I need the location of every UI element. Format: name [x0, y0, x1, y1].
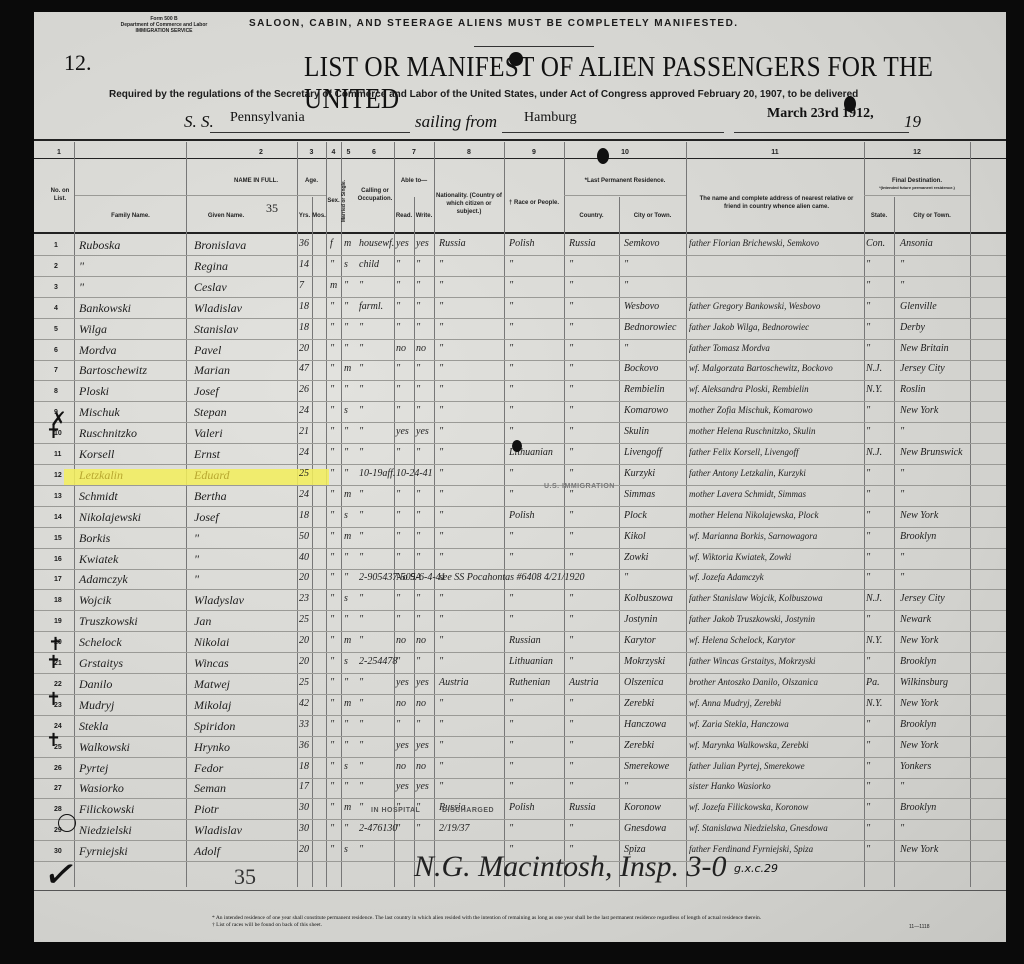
cell-no: 13 [54, 493, 62, 500]
cell-sex: f [330, 238, 333, 249]
cell-read: " [396, 447, 400, 458]
header-able-to: Able to— [394, 177, 434, 185]
given-name-count-note: 35 [266, 204, 278, 212]
cell-city: " [624, 259, 628, 270]
cell-race: Polish [509, 238, 535, 249]
cell-dest: " [900, 823, 904, 834]
cell-country: " [569, 552, 573, 563]
cell-nationality: see SS Pocahontas #6408 4/21/1920 [439, 572, 585, 583]
cell-no: 24 [54, 723, 62, 730]
cell-given: Nikolai [194, 635, 229, 650]
cell-occupation: 2-476130 [359, 823, 397, 834]
cell-given: " [194, 531, 199, 546]
cell-state: " [866, 572, 870, 583]
cell-age: 50 [299, 531, 309, 542]
cell-country: " [569, 761, 573, 772]
cell-nationality: Austria [439, 677, 468, 688]
manifest-banner: SALOON, CABIN, AND STEERAGE ALIENS MUST … [249, 18, 739, 29]
row-rule [34, 255, 1006, 256]
total-count: 35 [234, 864, 256, 890]
form-code: 11—1118 [909, 924, 930, 930]
cell-city: Rembielin [624, 384, 665, 395]
cell-sex: " [330, 322, 334, 333]
cell-dest: Ansonia [900, 238, 933, 249]
cell-sex: " [330, 343, 334, 354]
cell-occupation: " [359, 677, 363, 688]
cell-age: 18 [299, 761, 309, 772]
cell-dest: Jersey City [900, 363, 945, 374]
cell-city: Gnesdowa [624, 823, 666, 834]
header-subrule [75, 195, 326, 196]
cell-read: " [396, 259, 400, 270]
cell-state: " [866, 426, 870, 437]
cell-sex: " [330, 510, 334, 521]
row-rule [34, 610, 1006, 611]
cell-read: " [396, 531, 400, 542]
table-row: 8PloskiJosef26""""""""Rembielinwf. Aleks… [34, 383, 1006, 400]
cell-country: " [569, 426, 573, 437]
header-months: Mos. [312, 212, 326, 220]
cell-married: " [344, 280, 348, 291]
cell-no: 14 [54, 514, 62, 521]
required-text: Required by the regulations of the Secre… [109, 89, 858, 100]
cell-city: Zerebki [624, 740, 654, 751]
cell-dest: Yonkers [900, 761, 931, 772]
cell-given: Fedor [194, 761, 223, 776]
cell-age: 17 [299, 781, 309, 792]
cell-relative: wf. Jozefa Adamczyk [689, 572, 764, 582]
row-rule [34, 840, 1006, 841]
cell-given: " [194, 552, 199, 567]
cell-given: Ernst [194, 447, 220, 462]
cell-age: 20 [299, 572, 309, 583]
cell-country: " [569, 280, 573, 291]
cell-state: " [866, 552, 870, 563]
cell-relative: mother Zofia Mischuk, Komarowo [689, 405, 813, 415]
cell-sex: " [330, 363, 334, 374]
cell-family: " [79, 280, 84, 295]
header-race: † Race or People. [506, 199, 562, 207]
cell-state: N.J. [866, 593, 882, 604]
table-row: 1RuboskaBronislava36fmhousewf.yesyesRuss… [34, 237, 1006, 254]
cell-occupation: " [359, 740, 363, 751]
column-number: 4 [326, 149, 341, 156]
cell-country: Russia [569, 802, 596, 813]
cell-read: " [396, 405, 400, 416]
cell-dest: Jersey City [900, 593, 945, 604]
cell-write: " [416, 552, 420, 563]
cell-occupation: " [359, 343, 363, 354]
cell-dest: Brooklyn [900, 802, 936, 813]
column-number: 7 [394, 149, 434, 156]
cell-race: " [509, 363, 513, 374]
cell-race: " [509, 781, 513, 792]
cell-city: Skulin [624, 426, 649, 437]
inspector-signature: N.G. Macintosh, Insp. 3-0 [414, 850, 726, 884]
cell-age: 26 [299, 384, 309, 395]
cell-nationality: 2/19/37 [439, 823, 470, 834]
cell-age: 23 [299, 593, 309, 604]
cell-dest: " [900, 468, 904, 479]
cell-family: Kwiatek [79, 552, 118, 567]
cell-family: Filickowski [79, 802, 134, 817]
cell-relative: father Jakob Truszkowski, Jostynin [689, 614, 815, 624]
table-row: 6MordvaPavel20"""nono""""father Tomasz M… [34, 342, 1006, 359]
row-rule [34, 506, 1006, 507]
cell-family: Ruschnitzko [79, 426, 137, 441]
cell-city: Mokrzyski [624, 656, 665, 667]
banner-rule [474, 46, 594, 47]
cell-write: " [416, 405, 420, 416]
cell-race: " [509, 740, 513, 751]
cell-family: Schelock [79, 635, 122, 650]
cell-sex: " [330, 468, 334, 479]
cell-occupation: " [359, 426, 363, 437]
cell-country: " [569, 635, 573, 646]
cell-dest: " [900, 426, 904, 437]
cell-read: " [396, 593, 400, 604]
cell-given: Josef [194, 510, 219, 525]
cell-married: m [344, 698, 351, 709]
cell-state: N.Y. [866, 635, 882, 646]
cell-family: Schmidt [79, 489, 118, 504]
cell-sex: " [330, 301, 334, 312]
cell-dest: Brooklyn [900, 531, 936, 542]
cell-sex: " [330, 781, 334, 792]
cell-occupation: 2-254478 [359, 656, 397, 667]
cell-city: Hanczowa [624, 719, 666, 730]
departure-port: Hamburg [524, 110, 577, 126]
cell-no: 7 [54, 367, 58, 374]
cell-occupation: " [359, 761, 363, 772]
cell-city: Plock [624, 510, 647, 521]
cell-city: Bockovo [624, 363, 658, 374]
cell-sex: " [330, 823, 334, 834]
cell-city: " [624, 343, 628, 354]
cell-given: Eduard [194, 468, 230, 483]
header-nationality: Nationality. (Country of which citizen o… [436, 192, 502, 216]
cell-relative: wf. Malgorzata Bartoschewitz, Bockovo [689, 363, 833, 373]
cell-given: Mikolaj [194, 698, 231, 713]
cell-sex: " [330, 761, 334, 772]
cell-occupation: " [359, 719, 363, 730]
ink-blot [512, 440, 522, 452]
cell-relative: father Felix Korsell, Livengoff [689, 447, 799, 457]
cell-city: Wesbovo [624, 301, 659, 312]
row-rule [34, 360, 1006, 361]
row-rule [34, 589, 1006, 590]
cell-country: " [569, 322, 573, 333]
cell-nationality: " [439, 614, 443, 625]
row-rule [34, 631, 1006, 632]
cell-relative: wf. Stanislawa Niedzielska, Gnesdowa [689, 823, 828, 833]
header-final-note: *(Intended future permanent residence.) [864, 185, 970, 190]
cell-relative: wf. Jozefa Filickowska, Koronow [689, 802, 808, 812]
cell-race: " [509, 259, 513, 270]
cell-given: Bertha [194, 489, 227, 504]
signature-code: g.x.c.29 [734, 862, 778, 875]
cell-write: yes [416, 238, 429, 249]
cell-write: no [416, 343, 426, 354]
cell-race: " [509, 823, 513, 834]
cell-married: " [344, 468, 348, 479]
cell-state: " [866, 719, 870, 730]
cell-no: 5 [54, 326, 58, 333]
table-row: 13SchmidtBertha24"m""""""Simmasmother La… [34, 488, 1006, 505]
cell-family: Walkowski [79, 740, 130, 755]
table-row: 16Kwiatek"40""""""""Zowkiwf. Wiktoria Kw… [34, 551, 1006, 568]
cell-married: " [344, 322, 348, 333]
cell-dest: Brooklyn [900, 656, 936, 667]
cell-family: Ploski [79, 384, 109, 399]
header-final-destination: Final Destination. [864, 177, 970, 185]
cell-city: " [624, 781, 628, 792]
table-row: 3"Ceslav7m"""""""""" [34, 279, 1006, 296]
cell-write: " [416, 719, 420, 730]
header-state: State. [864, 212, 894, 220]
cell-write: " [416, 301, 420, 312]
cell-no: 8 [54, 388, 58, 395]
footer-notes: * An intended residence of one year shal… [212, 915, 761, 929]
table-row: 18WojcikWladyslav23"s""""""Kolbuszowafat… [34, 592, 1006, 609]
cell-married: m [344, 489, 351, 500]
cell-country: " [569, 823, 573, 834]
row-rule [34, 380, 1006, 381]
cell-write: " [416, 656, 420, 667]
cell-nationality: " [439, 635, 443, 646]
cell-country: Russia [569, 238, 596, 249]
cell-family: Pyrtej [79, 761, 108, 776]
table-row: 9MischukStepan24"s""""""Komarowomother Z… [34, 404, 1006, 421]
cell-occupation: " [359, 447, 363, 458]
cell-nationality: " [439, 510, 443, 521]
cell-race: " [509, 426, 513, 437]
cell-country: " [569, 656, 573, 667]
cell-age: 30 [299, 823, 309, 834]
header-country: Country. [564, 212, 619, 220]
cell-city: Komarowo [624, 405, 668, 416]
cell-sex: " [330, 552, 334, 563]
cell-city: Olszenica [624, 677, 663, 688]
cell-married: m [344, 635, 351, 646]
header-family-name: Family Name. [75, 212, 186, 220]
cross-mark-icon: ✝ [46, 652, 61, 673]
cell-married: s [344, 259, 348, 270]
cell-city: " [624, 280, 628, 291]
table-row: 25WalkowskiHrynko36"""yesyes"""Zerebkiwf… [34, 739, 1006, 756]
cell-given: Wladislav [194, 823, 242, 838]
cell-sex: " [330, 802, 334, 813]
cell-family: Niedzielski [79, 823, 132, 838]
cell-nationality: " [439, 301, 443, 312]
cell-dest: New York [900, 510, 938, 521]
cell-family: Wasiorko [79, 781, 124, 796]
cell-relative: wf. Marianna Borkis, Sarnowagora [689, 531, 817, 541]
header-nearest-relative: The name and complete address of nearest… [694, 195, 859, 211]
cell-family: Letzkalin [79, 468, 123, 483]
cell-state: " [866, 740, 870, 751]
cell-age: 20 [299, 656, 309, 667]
cell-nationality: " [439, 322, 443, 333]
cell-occupation: " [359, 510, 363, 521]
row-rule [34, 422, 1006, 423]
cell-city: Smerekowe [624, 761, 669, 772]
manifest-sheet: Form 500 B Department of Commerce and La… [34, 12, 1006, 942]
cell-relative: father Jakob Wilga, Bednorowiec [689, 322, 809, 332]
cell-country: " [569, 781, 573, 792]
table-row: 28FilickowskiPiotr30"m"""RussiaPolishRus… [34, 801, 1006, 818]
cell-state: N.J. [866, 363, 882, 374]
cell-dest: Roslin [900, 384, 926, 395]
cell-nationality: " [439, 468, 443, 479]
cell-dest: Brooklyn [900, 719, 936, 730]
cell-given: Piotr [194, 802, 219, 817]
cell-age: 36 [299, 238, 309, 249]
cell-family: Grstaitys [79, 656, 123, 671]
cell-relative: wf. Zaria Stekla, Hanczowa [689, 719, 789, 729]
cell-dest: New Britain [900, 343, 949, 354]
cell-write: " [416, 447, 420, 458]
cell-given: Wladyslav [194, 593, 244, 608]
cell-relative: father Tomasz Mordva [689, 343, 770, 353]
cell-occupation: " [359, 405, 363, 416]
table-row: 2"Regina14"schild"""""""" [34, 258, 1006, 275]
row-rule [34, 401, 1006, 402]
cell-read: " [396, 301, 400, 312]
cell-given: Wincas [194, 656, 229, 671]
cell-read: no [396, 761, 406, 772]
cell-country: " [569, 740, 573, 751]
cell-given: Ceslav [194, 280, 227, 295]
cell-city: Bednorowiec [624, 322, 676, 333]
row-rule [34, 548, 1006, 549]
cell-nationality: " [439, 656, 443, 667]
cell-race: " [509, 468, 513, 479]
row-rule [34, 318, 1006, 319]
cell-dest: Wilkinsburg [900, 677, 948, 688]
cell-married: " [344, 823, 348, 834]
cell-family: Wilga [79, 322, 107, 337]
cell-age: 24 [299, 447, 309, 458]
cell-no: 6 [54, 347, 58, 354]
sheet-number: 12. [64, 50, 92, 76]
cell-country: " [569, 343, 573, 354]
cell-country: " [569, 468, 573, 479]
footnote-races: † List of races will be found on back of… [212, 922, 761, 929]
cell-read: " [396, 614, 400, 625]
column-number: 1 [44, 149, 74, 156]
table-row: 27WasiorkoSeman17"""yesyes""""sister Han… [34, 780, 1006, 797]
cell-city: Simmas [624, 489, 655, 500]
column-number: 8 [434, 149, 504, 156]
footer-rule [34, 890, 1006, 891]
cell-family: Ruboska [79, 238, 120, 253]
cell-read: yes [396, 740, 409, 751]
cell-age: 30 [299, 802, 309, 813]
cell-sex: " [330, 740, 334, 751]
cell-nationality: " [439, 259, 443, 270]
cell-sex: " [330, 593, 334, 604]
row-rule [34, 819, 1006, 820]
cell-race: Russian [509, 635, 541, 646]
cell-read: " [396, 322, 400, 333]
cell-given: Stanislav [194, 322, 238, 337]
cell-sex: " [330, 635, 334, 646]
table-row: 23MudryjMikolaj42"m"nono"""Zerebkiwf. An… [34, 697, 1006, 714]
cell-race: " [509, 719, 513, 730]
cell-state: " [866, 468, 870, 479]
row-rule [34, 569, 1006, 570]
cell-married: m [344, 363, 351, 374]
cell-no: 26 [54, 765, 62, 772]
cell-married: s [344, 593, 348, 604]
cell-race: " [509, 552, 513, 563]
cell-occupation: " [359, 844, 363, 855]
row-rule [34, 715, 1006, 716]
row-rule [34, 798, 1006, 799]
cell-married: s [344, 405, 348, 416]
cell-write: no [416, 635, 426, 646]
cell-write: " [416, 259, 420, 270]
cell-race: Lithuanian [509, 656, 553, 667]
cross-mark-icon: ✝ [46, 422, 61, 443]
cell-dest: Glenville [900, 301, 937, 312]
cell-married: m [344, 802, 351, 813]
cell-age: 20 [299, 343, 309, 354]
cell-family: Mordva [79, 343, 117, 358]
cell-relative: father Wincas Grstaitys, Mokrzyski [689, 656, 816, 666]
cell-sex: " [330, 405, 334, 416]
cell-sex: " [330, 426, 334, 437]
cell-state: N.Y. [866, 384, 882, 395]
header-calling: Calling or Occupation. [356, 187, 394, 203]
cell-no: 18 [54, 597, 62, 604]
cell-age: 47 [299, 363, 309, 374]
cell-race: " [509, 698, 513, 709]
cell-no: 28 [54, 806, 62, 813]
header-write: Write. [414, 212, 434, 220]
cell-nationality: " [439, 593, 443, 604]
cell-relative: wf. Wiktoria Kwiatek, Zowki [689, 552, 791, 562]
cell-read: no [396, 343, 406, 354]
cell-married: " [344, 384, 348, 395]
cell-write: " [416, 531, 420, 542]
cell-age: 14 [299, 259, 309, 270]
table-row: 14NikolajewskiJosef18"s""""Polish"Plockm… [34, 509, 1006, 526]
cell-read: 10-24-41 [396, 468, 433, 479]
cell-relative: father Florian Brichewski, Semkovo [689, 238, 819, 248]
cell-race: Polish [509, 802, 535, 813]
cell-family: Fyrniejski [79, 844, 128, 859]
cell-relative: father Gregory Bankowski, Wesbovo [689, 301, 820, 311]
cell-city: Livengoff [624, 447, 662, 458]
cell-write: yes [416, 426, 429, 437]
cell-age: 24 [299, 489, 309, 500]
header-subrule [564, 195, 686, 196]
header-no-on-list: No. on List. [46, 187, 74, 203]
cell-given: Marian [194, 363, 230, 378]
cell-no: 22 [54, 681, 62, 688]
cell-sex: " [330, 531, 334, 542]
cell-dest: New Brunswick [900, 447, 963, 458]
header-city: City or Town. [619, 212, 686, 220]
table-row: 29NiedzielskiWladislav30""2-476130""2/19… [34, 822, 1006, 839]
cell-country: " [569, 363, 573, 374]
cell-age: 18 [299, 322, 309, 333]
cell-dest: " [900, 280, 904, 291]
cross-mark-icon: ✝ [46, 730, 61, 751]
cell-married: " [344, 572, 348, 583]
